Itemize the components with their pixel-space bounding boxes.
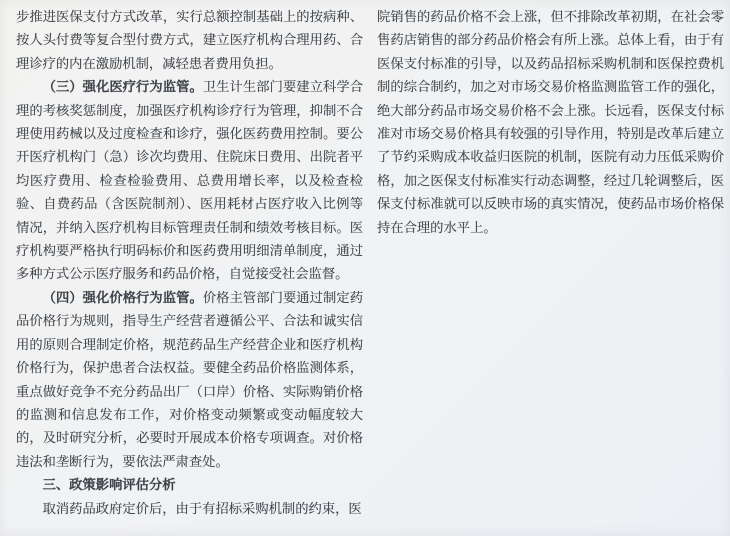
paragraph-medical-behavior-supervision: （三）强化医疗行为监管。卫生计生部门要建立科学合理的考核奖惩制度，加强医疗机构诊… bbox=[16, 76, 363, 287]
paragraph-continuation: 步推进医保支付方式改革，实行总额控制基础上的按病种、按人头付费等复合型付费方式，… bbox=[16, 6, 363, 76]
paragraph-lead: （四）强化价格行为监管。 bbox=[43, 291, 203, 306]
document-scan: 步推进医保支付方式改革，实行总额控制基础上的按病种、按人头付费等复合型付费方式，… bbox=[0, 0, 730, 536]
paragraph-body: 价格主管部门要通过制定药品价格行为规则，指导生产经营者遵循公平、合法和诚实信用的… bbox=[16, 291, 363, 470]
paragraph-policy-assessment-start: 取消药品政府定价后，由于有招标采购机制的约束，医 bbox=[16, 498, 363, 521]
section-heading: 三、政策影响评估分析 bbox=[16, 474, 363, 497]
paragraph-lead: （三）强化医疗行为监管。 bbox=[43, 80, 203, 95]
paragraph-price-behavior-supervision: （四）强化价格行为监管。价格主管部门要通过制定药品价格行为规则，指导生产经营者遵… bbox=[16, 287, 363, 474]
right-page-text-column: 院销售的药品价格不会上涨，但不排除改革初期，在社会零售药店销售的部分药品价格会有… bbox=[377, 6, 724, 240]
paragraph-body: 卫生计生部门要建立科学合理的考核奖惩制度，加强医疗机构诊疗行为管理，抑制不合理使… bbox=[16, 80, 363, 282]
left-page-text-column: 步推进医保支付方式改革，实行总额控制基础上的按病种、按人头付费等复合型付费方式，… bbox=[16, 6, 363, 521]
paragraph-policy-assessment-continuation: 院销售的药品价格不会上涨，但不排除改革初期，在社会零售药店销售的部分药品价格会有… bbox=[377, 6, 724, 240]
